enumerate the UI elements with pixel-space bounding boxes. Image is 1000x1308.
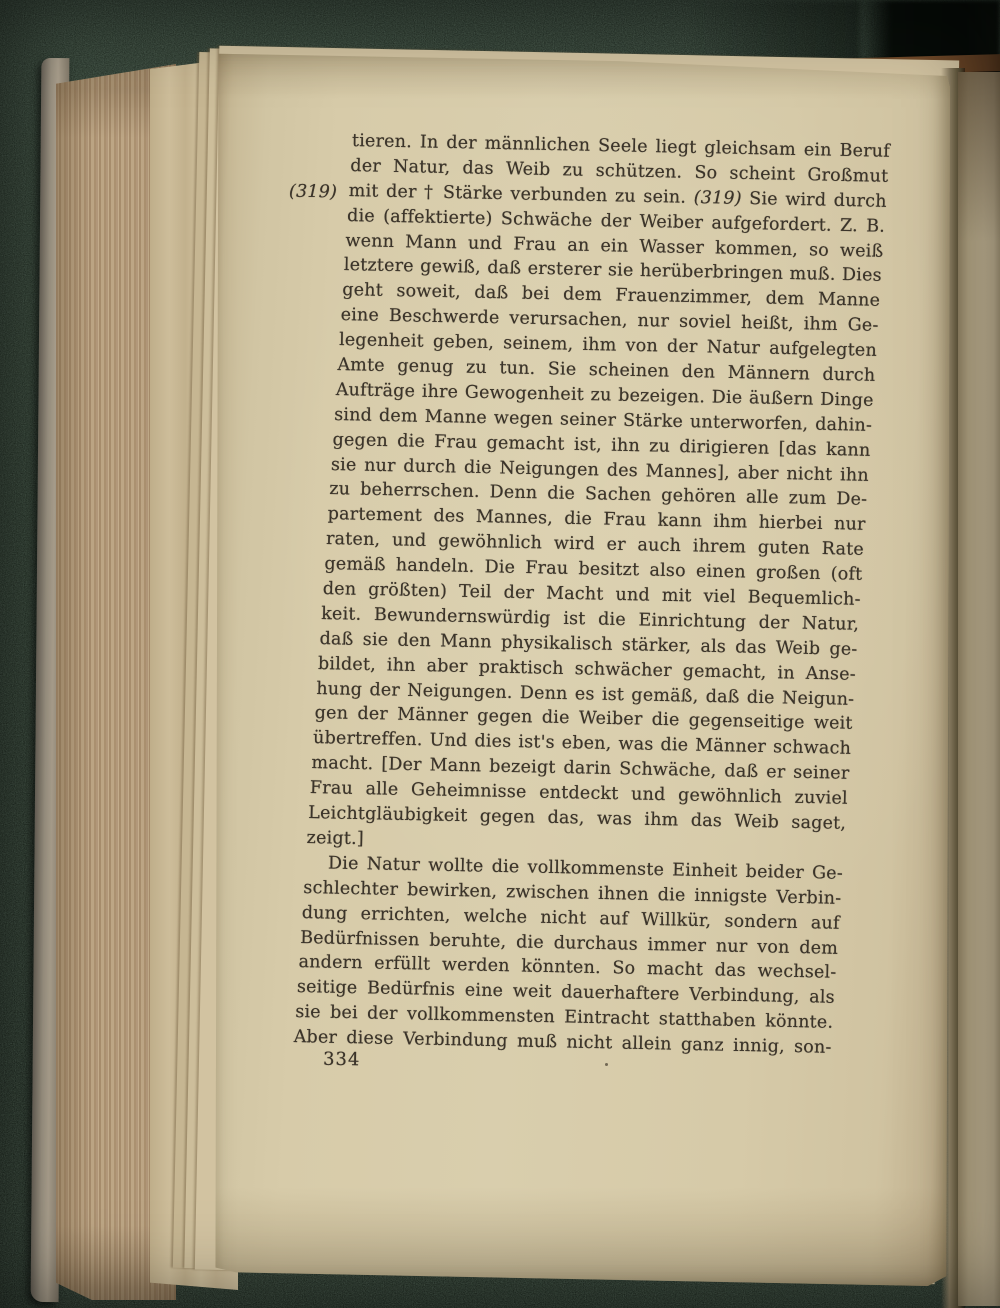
text-segment: Sie wird durch — [742, 189, 887, 212]
text-segment: mit der † Stärke verbunden zu sein. — [349, 181, 694, 208]
text-segment: zeigt.] — [306, 828, 364, 849]
body-text: tieren. In der männlichen Seele liegt gl… — [352, 129, 890, 1050]
page-number: 334 — [323, 1048, 361, 1073]
inline-marginal-reference: (319) — [693, 188, 741, 209]
facing-page-sliver — [958, 72, 1000, 1306]
paper-speck — [605, 1063, 608, 1066]
page-text-column: (319) tieren. In der männlichen Seele li… — [352, 129, 890, 1094]
photographed-book-scene: (319) tieren. In der männlichen Seele li… — [0, 0, 1000, 1308]
marginal-note: (319) — [289, 180, 337, 206]
